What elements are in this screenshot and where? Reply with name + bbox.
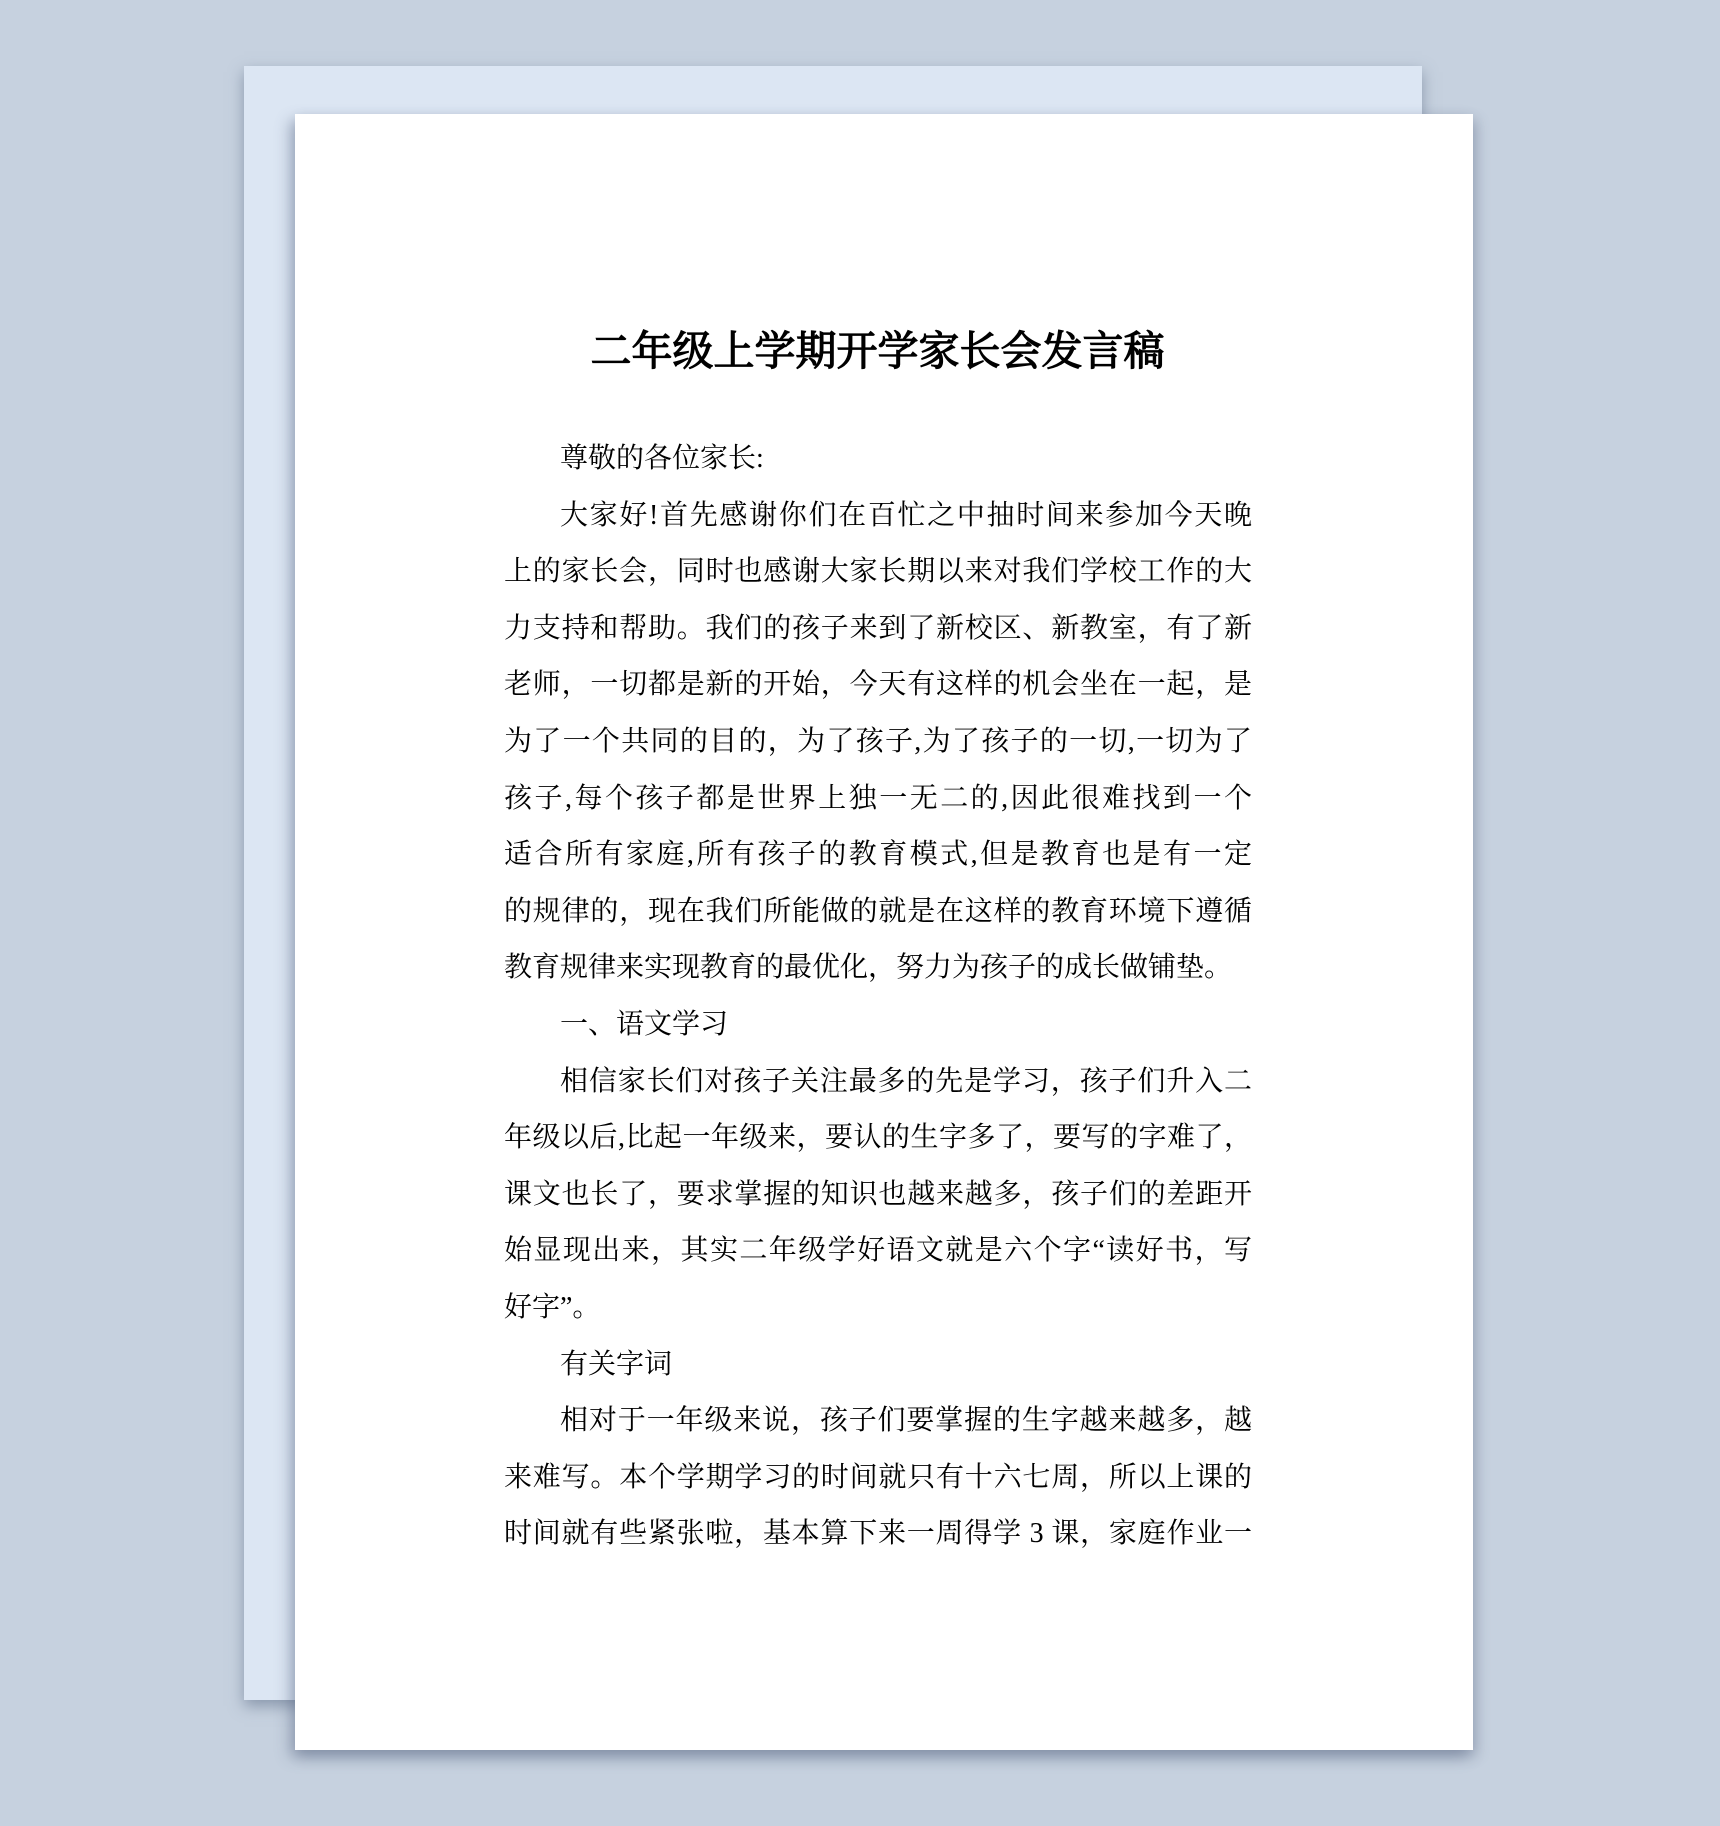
text-line: 尊敬的各位家长: [504,431,1252,488]
text-line: 为了一个共同的目的，为了孩子,为了孩子的一切,一切为了 [504,714,1252,771]
text-line: 年级以后,比起一年级来，要认的生字多了，要写的字难了， [504,1110,1252,1167]
text-line: 教育规律来实现教育的最优化，努力为孩子的成长做铺垫。 [504,940,1252,997]
text-line: 的规律的，现在我们所能做的就是在这样的教育环境下遵循 [504,884,1252,941]
document-page: 二年级上学期开学家长会发言稿 尊敬的各位家长:大家好!首先感谢你们在百忙之中抽时… [295,114,1473,1750]
text-line: 适合所有家庭,所有孩子的教育模式,但是教育也是有一定 [504,827,1252,884]
text-line: 大家好!首先感谢你们在百忙之中抽时间来参加今天晚 [504,488,1252,545]
text-line: 力支持和帮助。我们的孩子来到了新校区、新教室，有了新 [504,601,1252,658]
text-line: 上的家长会，同时也感谢大家长期以来对我们学校工作的大 [504,544,1252,601]
document-preview-background: 二年级上学期开学家长会发言稿 尊敬的各位家长:大家好!首先感谢你们在百忙之中抽时… [0,0,1720,1826]
document-body: 尊敬的各位家长:大家好!首先感谢你们在百忙之中抽时间来参加今天晚上的家长会，同时… [504,431,1252,1563]
text-line: 相信家长们对孩子关注最多的先是学习，孩子们升入二 [504,1054,1252,1111]
text-line: 来难写。本个学期学习的时间就只有十六七周，所以上课的 [504,1450,1252,1507]
text-line: 有关字词 [504,1337,1252,1394]
text-line: 一、语文学习 [504,997,1252,1054]
text-line: 好字”。 [504,1280,1252,1337]
text-line: 老师，一切都是新的开始，今天有这样的机会坐在一起，是 [504,657,1252,714]
text-line: 相对于一年级来说，孩子们要掌握的生字越来越多，越 [504,1393,1252,1450]
text-line: 始显现出来，其实二年级学好语文就是六个字“读好书，写 [504,1223,1252,1280]
text-line: 孩子,每个孩子都是世界上独一无二的,因此很难找到一个 [504,771,1252,828]
text-line: 课文也长了，要求掌握的知识也越来越多，孩子们的差距开 [504,1167,1252,1224]
document-title: 二年级上学期开学家长会发言稿 [500,327,1255,376]
text-line: 时间就有些紧张啦，基本算下来一周得学 3 课，家庭作业一 [504,1506,1252,1563]
